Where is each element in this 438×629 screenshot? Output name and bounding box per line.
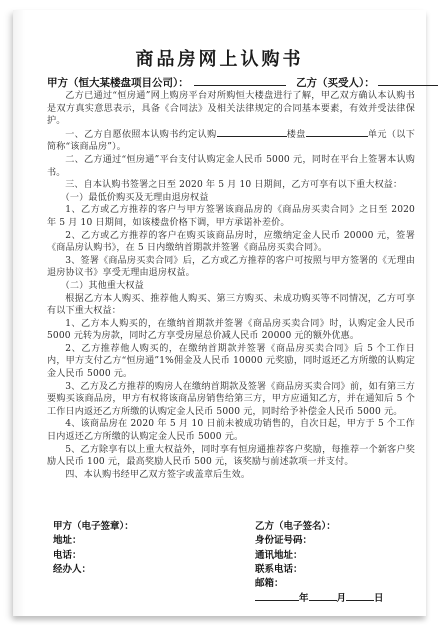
party-a-signature-block: 甲方（电子签章）： 地址： 电话： 经办人： — [53, 520, 134, 577]
section-two-item-2: 2、乙方推荐他人购买的，在缴纳首期款并签署《商品房买卖合同》后 5 个工作日内，… — [47, 343, 415, 381]
party-b-label: 乙方（买受人）： — [296, 77, 375, 89]
date-line: 年月日 — [255, 591, 384, 606]
party-a-agent-label: 经办人： — [53, 563, 134, 577]
party-a-address-label: 地址： — [53, 534, 134, 548]
paragraph-intro: 乙方已通过“恒房通”网上购房平台对所购恒大楼盘进行了解，甲乙双方确认本认购书是双… — [47, 90, 415, 128]
unit-blank[interactable] — [306, 128, 368, 137]
party-b-blank[interactable] — [378, 75, 438, 86]
document-page: 商品房网上认购书 甲方（恒大某楼盘项目公司）： 乙方（买受人）： 乙方已通过“恒… — [13, 10, 426, 616]
document-body: 乙方已通过“恒房通”网上购房平台对所购恒大楼盘进行了解，甲乙双方确认本认购书是双… — [47, 90, 415, 481]
section-one-item-1: 1、乙方或乙方推荐的客户与甲方签署该商品房的《商品房买卖合同》之日至 2020 … — [47, 204, 415, 229]
day-blank[interactable] — [346, 591, 374, 601]
party-b-email-label: 邮箱： — [255, 577, 384, 591]
clause-four: 四、本认购书经甲乙双方签字或盖章后生效。 — [47, 469, 415, 482]
section-one-heading: （一）最低价购买及无理由退房权益 — [47, 192, 415, 205]
party-b-signature-block: 乙方（电子签名）： 身份证号码： 通讯地址： 联系电话： 邮箱： 年月日 — [255, 520, 384, 607]
clause-three: 三、自本认购书签署之日至 2020 年 5 月 10 日期间，乙方可享有以下重大… — [47, 179, 415, 192]
section-one-item-2: 2、乙方或乙方推荐的客户在购买该商品房时，应缴纳定金人民币 20000 元，签署… — [47, 230, 415, 255]
document-title: 商品房网上认购书 — [13, 45, 426, 71]
section-one-item-3: 3、签署《商品房买卖合同》后，乙方或乙方推荐的客户可按照与甲方签署的《无理由退房… — [47, 255, 415, 280]
section-two-heading: （二）其他重大权益 — [47, 280, 415, 293]
clause-two: 二、乙方通过“恒房通”平台支付认购定金人民币 5000 元，同时在平台上签署本认… — [47, 154, 415, 179]
building-blank[interactable] — [217, 128, 287, 137]
party-a-label: 甲方（恒大某楼盘项目公司）： — [47, 77, 189, 89]
section-two-item-1: 1、乙方本人购买的，在缴纳首期款并签署《商品房买卖合同》时，认购定金人民币 50… — [47, 318, 415, 343]
parties-line: 甲方（恒大某楼盘项目公司）： 乙方（买受人）： — [47, 75, 417, 90]
clause-one: 一、乙方自愿依照本认购书约定认购楼盘单元（以下简称“该商品房”）。 — [47, 128, 415, 154]
party-b-id-label: 身份证号码： — [255, 534, 384, 548]
section-two-intro: 根据乙方本人购买、推荐他人购买、第三方购买、未成功购买等不同情况，乙方可享有以下… — [47, 293, 415, 318]
year-blank[interactable] — [255, 591, 299, 601]
party-a-phone-label: 电话： — [53, 549, 134, 563]
section-two-item-5: 5、乙方除享有以上重大权益外，同时享有恒房通推荐客户奖励，每推荐一个新客户奖励人… — [47, 444, 415, 469]
section-two-item-3: 3、乙方及乙方推荐的购房人在缴纳首期款及签署《商品房买卖合同》前，如有第三方要购… — [47, 381, 415, 419]
section-two-item-4: 4、该商品房在 2020 年 5 月 10 日前未被成功销售的，自次日起，甲方于… — [47, 418, 415, 443]
month-blank[interactable] — [309, 591, 337, 601]
party-b-signature-label: 乙方（电子签名）： — [255, 520, 384, 534]
party-a-seal-label: 甲方（电子签章）： — [53, 520, 134, 534]
party-b-address-label: 通讯地址： — [255, 549, 384, 563]
party-a-blank[interactable] — [194, 75, 286, 86]
party-b-phone-label: 联系电话： — [255, 563, 384, 577]
